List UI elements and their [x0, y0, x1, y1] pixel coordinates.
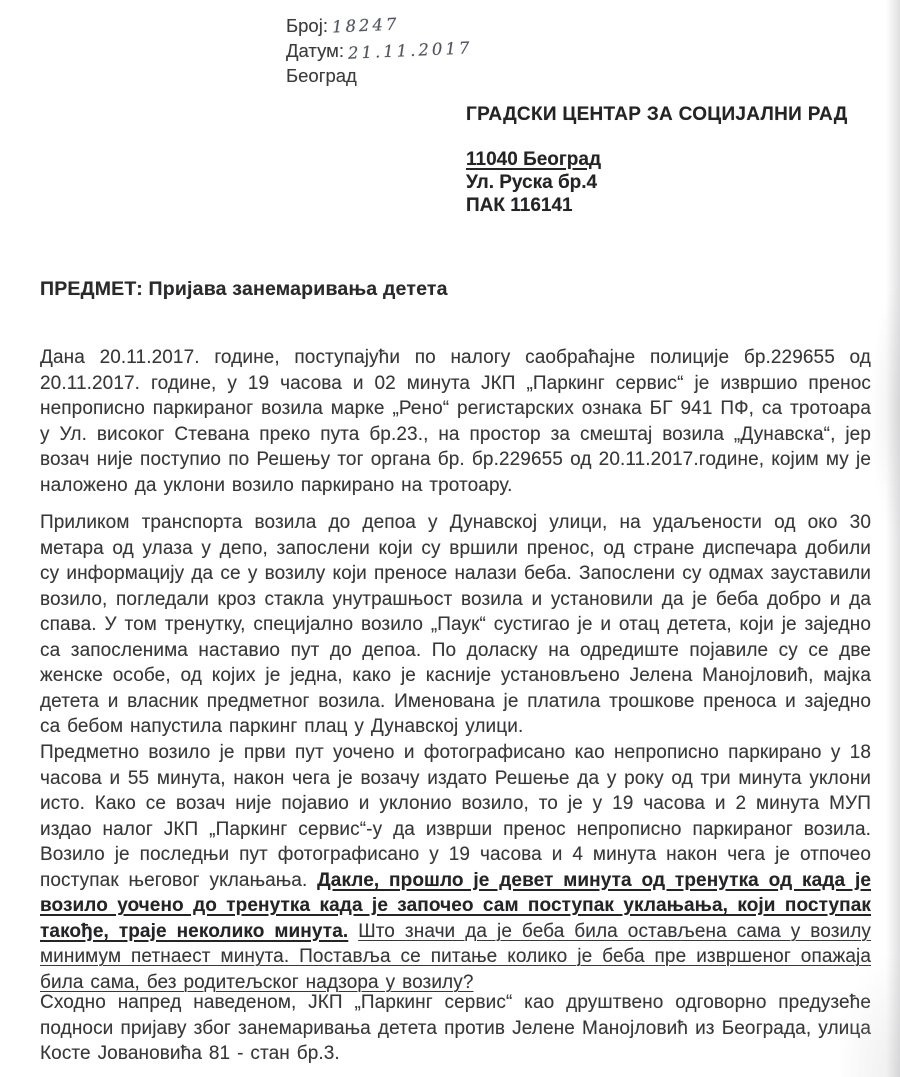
date-label: Датум:	[286, 40, 344, 61]
sender-city: Београд	[286, 64, 472, 88]
subject-line: ПРЕДМЕТ: Пријава занемаривања детета	[40, 278, 448, 301]
recipient-pak: ПАК 116141	[466, 194, 848, 217]
recipient-postal-city: 11040 Београд	[466, 148, 848, 171]
scan-edge-shadow	[886, 0, 900, 1077]
recipient-block: ГРАДСКИ ЦЕНТАР ЗА СОЦИЈАЛНИ РАД 11040 Бе…	[466, 104, 848, 217]
reference-block: Број:18247 Датум:21.11.2017 Београд	[286, 14, 472, 88]
reference-number-handwritten-value: 18247	[331, 13, 399, 40]
recipient-name: ГРАДСКИ ЦЕНТАР ЗА СОЦИЈАЛНИ РАД	[466, 104, 848, 126]
scanned-letter-page: Број:18247 Датум:21.11.2017 Београд ГРАД…	[0, 0, 900, 1077]
scan-smudge	[870, 280, 900, 540]
date-line: Датум:21.11.2017	[286, 39, 472, 64]
paragraph-towing-intro: Дана 20.11.2017. године, поступајући по …	[40, 345, 871, 498]
timeline-normal-text: Предметно возило је први пут уочено и фо…	[40, 742, 871, 891]
recipient-street: Ул. Руска бр.4	[466, 171, 848, 194]
paragraph-timeline: Предметно возило је први пут уочено и фо…	[40, 740, 871, 995]
paragraph-transport-baby: Приликом транспорта возила до депоа у Ду…	[40, 510, 871, 740]
reference-number-label: Број:	[286, 15, 328, 36]
recipient-address: 11040 Београд Ул. Руска бр.4 ПАК 116141	[466, 148, 848, 217]
paragraph-conclusion: Сходно напред наведеном, ЈКП „Паркинг се…	[40, 990, 871, 1067]
date-handwritten-value: 21.11.2017	[347, 36, 472, 65]
reference-number-line: Број:18247	[286, 14, 472, 39]
